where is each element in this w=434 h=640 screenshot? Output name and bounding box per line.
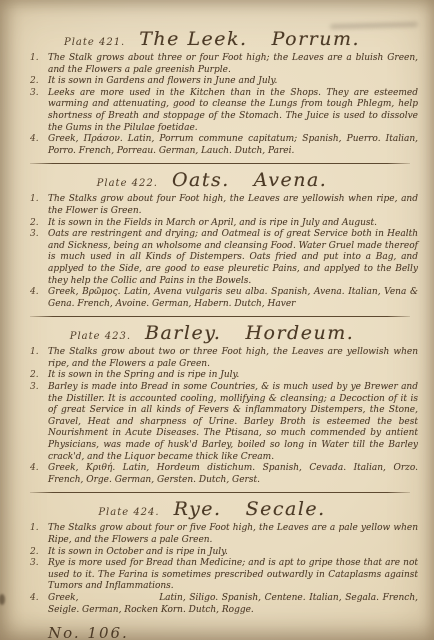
section-oats: Plate 422. Oats. Avena. 1. The Stalks gr… <box>30 169 418 310</box>
item-number: 3. <box>30 382 48 463</box>
list-item: 3. Leeks are more used in the Kitchen th… <box>30 88 418 134</box>
item-number: 1. <box>30 53 48 76</box>
section-divider <box>30 492 410 493</box>
item-number: 1. <box>30 194 48 217</box>
plate-number: Plate 423. <box>70 331 131 342</box>
plant-name-english: The Leek. <box>139 28 247 50</box>
section-heading: Plate 424. Rye. Secale. <box>30 498 394 520</box>
item-text: It is sown in the Fields in March or Apr… <box>48 218 418 230</box>
list-item: 4. Greek, Πράσον. Latin, Porrum commune … <box>30 134 418 157</box>
plant-name-english: Barley. <box>145 322 221 344</box>
item-text: Rye is more used for Bread than Medicine… <box>48 558 418 593</box>
list-item: 2. It is sown in Gardens and flowers in … <box>30 76 418 88</box>
page-content: Plate 421. The Leek. Porrum. 1. The Stal… <box>30 28 418 640</box>
item-number: 2. <box>30 370 48 382</box>
plant-name-latin: Avena. <box>254 169 328 191</box>
page-number: No. 106. <box>48 624 418 640</box>
item-text: The Stalk grows about three or four Foot… <box>48 53 418 76</box>
item-text: Greek, Πράσον. Latin, Porrum commune cap… <box>48 134 418 157</box>
item-number: 4. <box>30 593 48 616</box>
numbered-items: 1. The Stalks grow about four Foot high,… <box>30 194 418 310</box>
item-text: Greek, Latin, Siligo. Spanish, Centene. … <box>48 593 418 616</box>
herbal-book-page: Plate 421. The Leek. Porrum. 1. The Stal… <box>0 0 434 640</box>
item-number: 1. <box>30 523 48 546</box>
plate-number: Plate 422. <box>97 178 158 189</box>
list-item: 1. The Stalk grows about three or four F… <box>30 53 418 76</box>
section-heading: Plate 423. Barley. Hordeum. <box>30 322 394 344</box>
list-item: 1. The Stalks grow about four Foot high,… <box>30 194 418 217</box>
list-item: 2. It is sown in the Spring and is ripe … <box>30 370 418 382</box>
numbered-items: 1. The Stalk grows about three or four F… <box>30 53 418 157</box>
numbered-items: 1. The Stalks grow about four or five Fo… <box>30 523 418 616</box>
item-text: It is sown in Gardens and flowers in Jun… <box>48 76 418 88</box>
list-item: 4. Greek, Latin, Siligo. Spanish, Centen… <box>30 593 418 616</box>
plant-name-latin: Hordeum. <box>245 322 354 344</box>
list-item: 2. It is sown in the Fields in March or … <box>30 218 418 230</box>
item-number: 2. <box>30 547 48 559</box>
item-text: Greek, Κριθή. Latin, Hordeum distichum. … <box>48 463 418 486</box>
item-number: 2. <box>30 218 48 230</box>
section-barley: Plate 423. Barley. Hordeum. 1. The Stalk… <box>30 322 418 486</box>
list-item: 2. It is sown in October and is ripe in … <box>30 547 418 559</box>
item-text: The Stalks grow about four Foot high, th… <box>48 194 418 217</box>
plant-name-latin: Porrum. <box>272 28 360 50</box>
section-leek: Plate 421. The Leek. Porrum. 1. The Stal… <box>30 28 418 157</box>
item-text: It is sown in October and is ripe in Jul… <box>48 547 418 559</box>
item-text: It is sown in the Spring and is ripe in … <box>48 370 418 382</box>
list-item: 1. The Stalks grow about four or five Fo… <box>30 523 418 546</box>
item-number: 3. <box>30 88 48 134</box>
plant-name-latin: Secale. <box>246 498 326 520</box>
list-item: 3. Rye is more used for Bread than Medic… <box>30 558 418 593</box>
section-rye: Plate 424. Rye. Secale. 1. The Stalks gr… <box>30 498 418 616</box>
section-heading: Plate 421. The Leek. Porrum. <box>30 28 394 50</box>
item-number: 4. <box>30 287 48 310</box>
list-item: 3. Barley is made into Bread in some Cou… <box>30 382 418 463</box>
plant-name-english: Oats. <box>172 169 230 191</box>
list-item: 4. Greek, Κριθή. Latin, Hordeum distichu… <box>30 463 418 486</box>
item-number: 4. <box>30 463 48 486</box>
plate-number: Plate 424. <box>98 507 159 518</box>
list-item: 3. Oats are restringent and drying; and … <box>30 229 418 287</box>
item-number: 3. <box>30 229 48 287</box>
section-divider <box>30 163 410 164</box>
item-text: Barley is made into Bread in some Countr… <box>48 382 418 463</box>
item-text: The Stalks grow about two or three Foot … <box>48 347 418 370</box>
item-number: 3. <box>30 558 48 593</box>
plant-name-english: Rye. <box>174 498 222 520</box>
item-number: 2. <box>30 76 48 88</box>
list-item: 1. The Stalks grow about two or three Fo… <box>30 347 418 370</box>
list-item: 4. Greek, Βρῶμος. Latin, Avena vulgaris … <box>30 287 418 310</box>
plate-number: Plate 421. <box>64 37 125 48</box>
item-number: 1. <box>30 347 48 370</box>
numbered-items: 1. The Stalks grow about two or three Fo… <box>30 347 418 486</box>
section-divider <box>30 316 410 317</box>
ink-speck <box>0 594 5 605</box>
item-text: Oats are restringent and drying; and Oat… <box>48 229 418 287</box>
item-number: 4. <box>30 134 48 157</box>
item-text: Leeks are more used in the Kitchen than … <box>48 88 418 134</box>
section-heading: Plate 422. Oats. Avena. <box>30 169 394 191</box>
item-text: Greek, Βρῶμος. Latin, Avena vulgaris seu… <box>48 287 418 310</box>
item-text: The Stalks grow about four or five Foot … <box>48 523 418 546</box>
